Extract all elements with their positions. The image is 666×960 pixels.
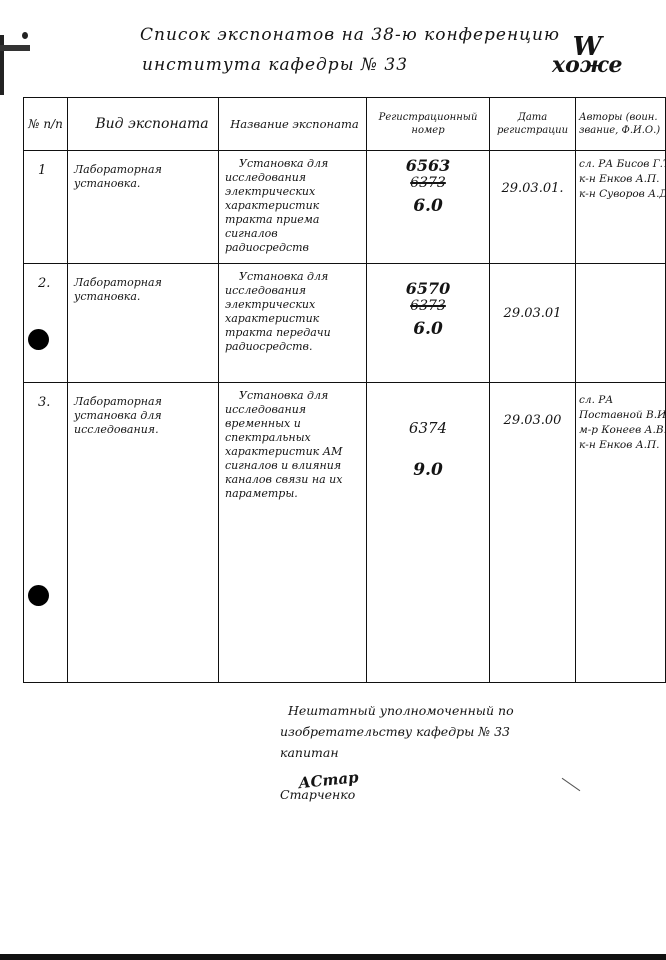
binding-mark — [0, 45, 30, 51]
punch-hole — [28, 329, 49, 350]
reg-number-struck: 6373 — [367, 175, 489, 191]
ink-dot — [22, 32, 28, 39]
reg-number: 6374 — [367, 389, 489, 437]
row-kind-cell: Лабораторная установка для исследования. — [68, 383, 219, 683]
reg-number-struck: 6373 — [367, 298, 489, 314]
stray-mark — [562, 778, 581, 791]
binding-mark — [0, 35, 4, 95]
row-date-cell: 29.03.01 — [490, 264, 576, 383]
header-name: Название экспоната — [219, 98, 367, 151]
scan-edge — [0, 954, 666, 960]
reg-code: 6.0 — [367, 314, 489, 340]
row-authors-cell: сл. РА Поставной В.И. м-р Конеев А.В. к-… — [576, 383, 666, 683]
author: Поставной В.И. — [579, 408, 663, 423]
table-row: 1 Лабораторная установка. Установка для … — [24, 151, 666, 264]
footer-line-2: изобретательству кафедры № 33 — [280, 721, 514, 742]
exhibits-table: № п/п Вид экспоната Название экспоната Р… — [23, 97, 666, 683]
row-number-cell: 1 — [24, 151, 68, 264]
table-header-row: № п/п Вид экспоната Название экспоната Р… — [24, 98, 666, 151]
title-line-1: Список экспонатов на 38-ю конференцию — [140, 20, 560, 50]
reg-number-corrected: 6563 — [367, 157, 489, 175]
author: к-н Суворов А.Д. — [579, 187, 663, 202]
row-kind-cell: Лабораторная установка. — [68, 264, 219, 383]
row-name-cell: Установка для исследования временных и с… — [219, 383, 367, 683]
row-number-cell: 2. — [24, 264, 68, 383]
title-line-2: института кафедры № 33 — [140, 50, 560, 80]
header-authors: Авторы (воин. звание, Ф.И.О.) — [576, 98, 666, 151]
header-kind: Вид экспоната — [68, 98, 219, 151]
row-date-cell: 29.03.01. — [490, 151, 576, 264]
row-authors-cell — [576, 264, 666, 383]
author: к-н Енков А.П. — [579, 172, 663, 187]
author: м-р Конеев А.В. — [579, 423, 663, 438]
table-row: 2. Лабораторная установка. Установка для… — [24, 264, 666, 383]
footer-line-3: капитан АСтар Старченко — [280, 742, 514, 805]
rank: капитан — [280, 745, 339, 760]
row-name-cell: Установка для исследования электрических… — [219, 151, 367, 264]
row-number-cell: 3. — [24, 383, 68, 683]
row-kind-cell: Лабораторная установка. — [68, 151, 219, 264]
author: сл. РА — [579, 393, 663, 408]
row-name-cell: Установка для исследования электрических… — [219, 264, 367, 383]
margin-mark-bottom: хоже — [552, 52, 623, 78]
author: сл. РА Бисов Г.Т. — [579, 157, 663, 172]
signature-block: Нештатный уполномоченный по изобретатель… — [280, 700, 514, 805]
author: к-н Енков А.П. — [579, 438, 663, 453]
header-reg-number: Регистрационный номер — [367, 98, 490, 151]
row-reg-cell: 6563 6373 6.0 — [367, 151, 490, 264]
table-row: 3. Лабораторная установка для исследован… — [24, 383, 666, 683]
row-authors-cell: сл. РА Бисов Г.Т. к-н Енков А.П. к-н Сув… — [576, 151, 666, 264]
document-title: Список экспонатов на 38-ю конференцию ин… — [140, 20, 560, 80]
row-date-cell: 29.03.00 — [490, 383, 576, 683]
reg-code: 9.0 — [367, 437, 489, 481]
footer-line-1: Нештатный уполномоченный по — [280, 700, 514, 721]
row-reg-cell: 6570 6373 6.0 — [367, 264, 490, 383]
reg-number-corrected: 6570 — [367, 280, 489, 298]
header-reg-date: Дата регистрации — [490, 98, 576, 151]
punch-hole — [28, 585, 49, 606]
row-reg-cell: 6374 9.0 — [367, 383, 490, 683]
header-number: № п/п — [24, 98, 68, 151]
margin-annotation: W хоже — [552, 38, 623, 74]
reg-code: 6.0 — [367, 191, 489, 217]
